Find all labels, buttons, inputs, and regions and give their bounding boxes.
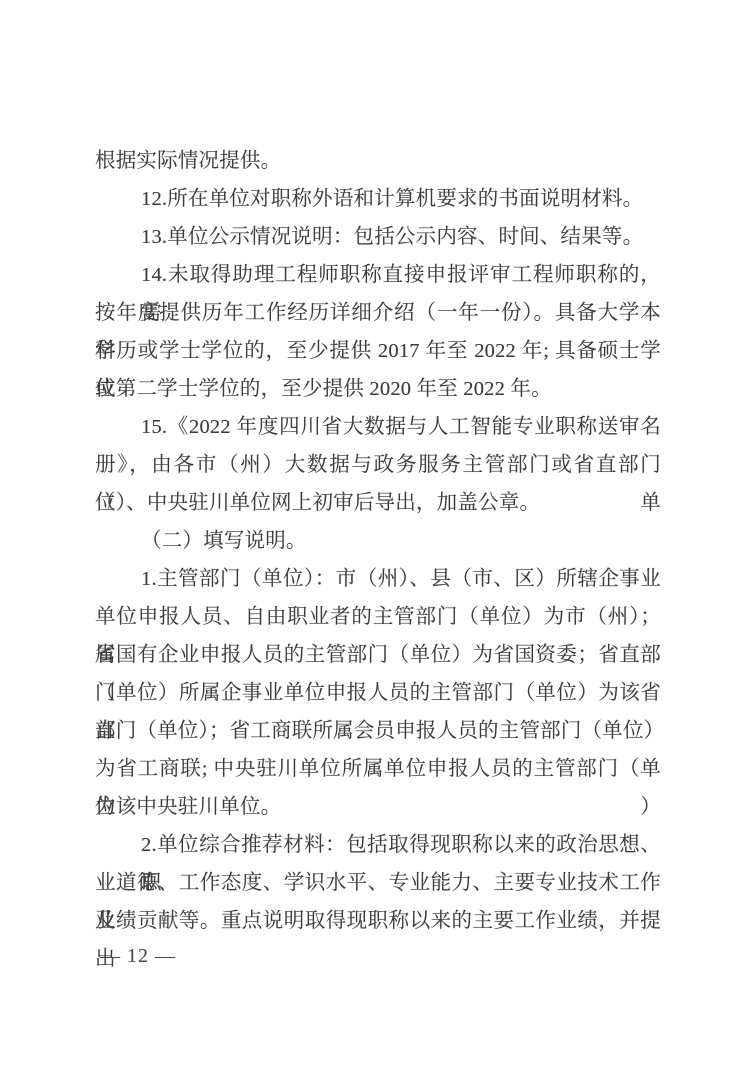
paragraph: 13.单位公示情况说明：包括公示内容、时间、结果等。	[95, 218, 661, 256]
text-line: 或第二学士学位的，至少提供 2020 年至 2022 年。	[95, 370, 661, 408]
text-line: 根据实际情况提供。	[95, 142, 661, 180]
paragraph: （二）填写说明。	[95, 522, 661, 560]
text-line: 业绩贡献等。重点说明取得现职称以来的主要工作业绩，并提出	[95, 902, 661, 940]
text-line: 1.主管部门（单位）：市（州）、县（市、区）所辖企事业	[95, 560, 661, 598]
page-number: — 12 —	[100, 941, 176, 971]
text-line: 14.未取得助理工程师职称直接申报评审工程师职称的，需	[95, 256, 661, 294]
text-line: 2.单位综合推荐材料：包括取得现职称以来的政治思想、职	[95, 826, 661, 864]
text-line: 15.《2022 年度四川省大数据与人工智能专业职称送审名	[95, 408, 661, 446]
text-line: 单位申报人员、自由职业者的主管部门（单位）为市（州）；省	[95, 598, 661, 636]
text-line: 12.所在单位对职称外语和计算机要求的书面说明材料。	[95, 180, 661, 218]
text-line: 学历或学士学位的，至少提供 2017 年至 2022 年; 具备硕士学位	[95, 332, 661, 370]
paragraph: 1.主管部门（单位）：市（州）、县（市、区）所辖企事业单位申报人员、自由职业者的…	[95, 560, 661, 826]
text-line: 按年度提供历年工作经历详细介绍（一年一份）。具备大学本科	[95, 294, 661, 332]
paragraph: 12.所在单位对职称外语和计算机要求的书面说明材料。	[95, 180, 661, 218]
paragraph: 根据实际情况提供。	[95, 142, 661, 180]
text-line: 部门（单位）；省工商联所属会员申报人员的主管部门（单位）	[95, 712, 661, 750]
text-line: （单位）所属企事业单位申报人员的主管部门（单位）为该省直	[95, 674, 661, 712]
text-line: 13.单位公示情况说明：包括公示内容、时间、结果等。	[95, 218, 661, 256]
text-line: 业道德、工作态度、学识水平、专业能力、主要专业技术工作及	[95, 864, 661, 902]
text-line: 册》，由各市（州）大数据与政务服务主管部门或省直部门（单	[95, 446, 661, 484]
scanned-page: 根据实际情况提供。12.所在单位对职称外语和计算机要求的书面说明材料。13.单位…	[0, 0, 756, 1069]
paragraph: 14.未取得助理工程师职称直接申报评审工程师职称的，需按年度提供历年工作经历详细…	[95, 256, 661, 408]
text-line: 属国有企业申报人员的主管部门（单位）为省国资委；省直部门	[95, 636, 661, 674]
text-line: （二）填写说明。	[95, 522, 661, 560]
paragraph: 2.单位综合推荐材料：包括取得现职称以来的政治思想、职业道德、工作态度、学识水平…	[95, 826, 661, 940]
text-line: 为省工商联; 中央驻川单位所属单位申报人员的主管部门（单位）	[95, 750, 661, 788]
paragraph: 15.《2022 年度四川省大数据与人工智能专业职称送审名册》，由各市（州）大数…	[95, 408, 661, 522]
document-body: 根据实际情况提供。12.所在单位对职称外语和计算机要求的书面说明材料。13.单位…	[95, 142, 661, 940]
